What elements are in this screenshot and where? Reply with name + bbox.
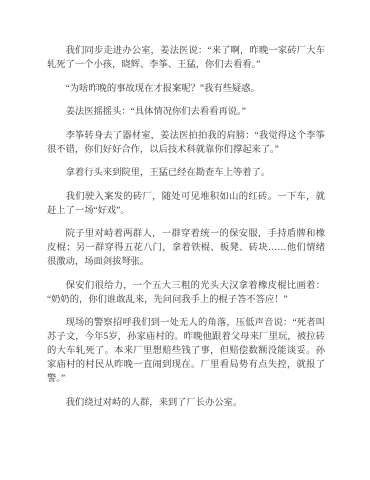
paragraph: 我们同步走进办公室，姜法医说：“来了啊，昨晚一家砖厂大车轧死了一个小孩，晓辉、李… [47, 44, 325, 72]
paragraph: 拿着行头来到院里，王猛已经在勘查车上等着了。 [47, 166, 325, 180]
book-page: 我们同步走进办公室，姜法医说：“来了啊，昨晚一家砖厂大车轧死了一个小孩，晓辉、李… [0, 0, 370, 480]
paragraph: 保安们很给力，一个五大三粗的光头大汉拿着橡皮棍比画着：“奶奶的，你们谁敢乱来，先… [47, 279, 325, 307]
paragraph: 现场的警察招呼我们到一处无人的角落，压低声音说：“死者叫苏子文，今年5岁，孙家庙… [47, 316, 325, 386]
paragraph: 李筝转身去了器材室，姜法医拍拍我的肩膀：“我觉得这个李筝很不错，你们好好合作，以… [47, 129, 325, 157]
paragraph: 我们驶入案发的砖厂，随处可见堆积如山的红砖。一下车，就赶上了一场“好戏”。 [47, 190, 325, 218]
paragraph: “为啥昨晚的事故现在才报案呢？”我有些疑惑。 [47, 82, 325, 96]
paragraph: 我们绕过对峙的人群，来到了厂长办公室。 [47, 396, 325, 410]
paragraph: 院子里对峙着两群人，一群穿着统一的保安服，手持盾牌和橡皮棍；另一群穿得五花八门，… [47, 227, 325, 269]
page-content: 我们同步走进办公室，姜法医说：“来了啊，昨晚一家砖厂大车轧死了一个小孩，晓辉、李… [0, 0, 370, 410]
paragraph: 姜法医摇摇头：“具体情况你们去看看再说。” [47, 105, 325, 119]
